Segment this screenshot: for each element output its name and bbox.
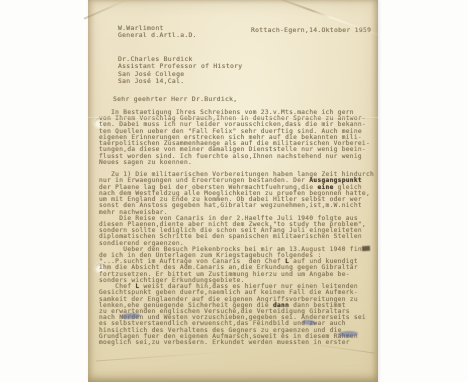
overtype-mark	[362, 246, 370, 252]
text-line: moeglich sei,zu verbessern. Erkundet wer…	[99, 340, 381, 346]
text-line: San José 14,Cal.	[118, 78, 242, 85]
sender-block: W.WarlimontGeneral d.Artl.a.D.	[118, 25, 197, 40]
recipient-block: Dr.Charles BurdickAssistant Professor of…	[118, 56, 242, 86]
dateline: Rottach-Egern,14.Oktober 1959	[251, 27, 371, 34]
salutation: Sehr geehrter Herr Dr.Burdick,	[113, 95, 237, 103]
scan-background: { "document": { "sender_lines": ["W.Warl…	[0, 0, 468, 382]
text-line: General d.Artl.a.D.	[118, 32, 197, 39]
letter-body: In Bestaetigung Ihres Schreibens vom 23.…	[99, 110, 381, 346]
